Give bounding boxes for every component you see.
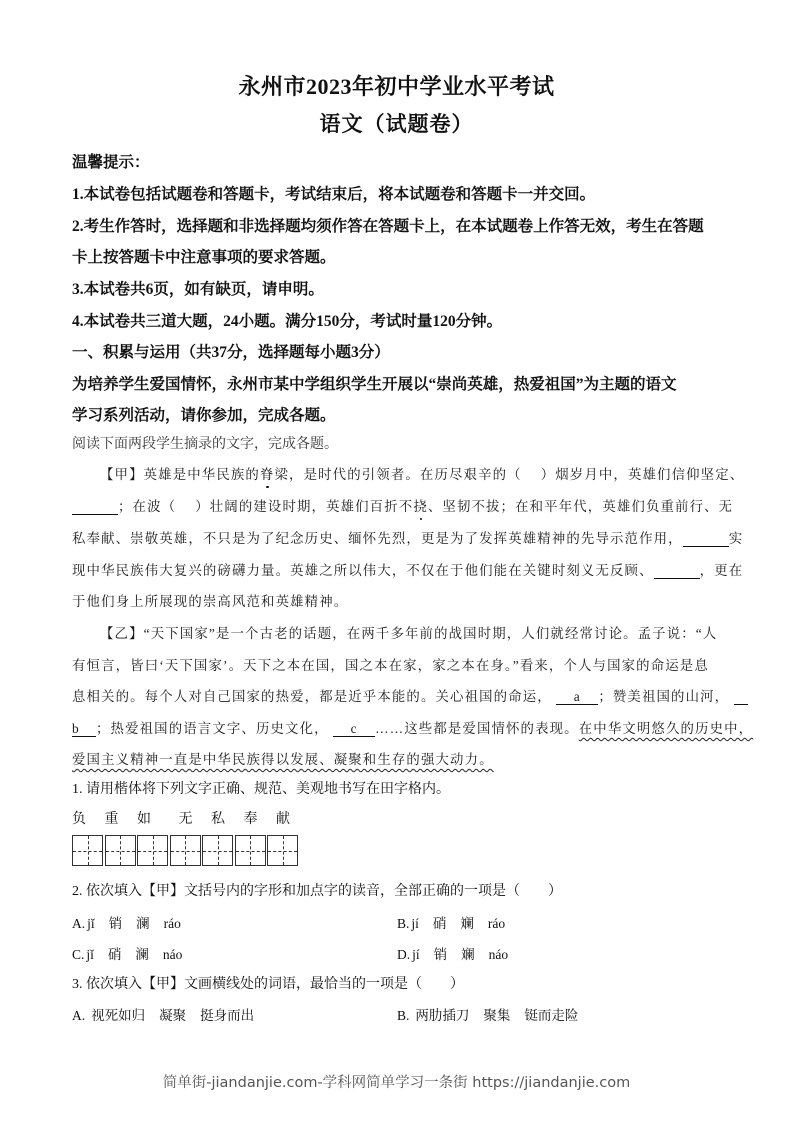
q3-stem: 3. 依次填入【甲】文画横线处的词语，最恰当的一项是（ ） xyxy=(72,973,722,993)
fill-blank xyxy=(72,500,118,515)
fill-blank xyxy=(654,564,700,579)
option-item: 硝 xyxy=(108,947,122,962)
text: 实 xyxy=(729,531,744,546)
option-item: 销 xyxy=(434,947,448,962)
option-item: 挺身而出 xyxy=(200,1008,254,1023)
option-item: 澜 xyxy=(135,947,149,962)
q1-stem: 1. 请用楷体将下列文字正确、规范、美观地书写在田字格内。 xyxy=(72,778,722,798)
option-item: 视死如归 xyxy=(91,1008,145,1023)
option-item: 斓 xyxy=(460,916,474,931)
exam-page: 永州市2023年初中学业水平考试 语文（试题卷） 温馨提示： 1.本试卷包括试题… xyxy=(0,0,793,1122)
notice-item-3: 3.本试卷共6页，如有缺页，请申明。 xyxy=(72,277,722,299)
text: 息相关的。每个人对自己国家的热爱，都是近乎本能的。关心祖国的命运， xyxy=(72,689,552,704)
option-label: A. xyxy=(72,1008,85,1023)
notice-heading: 温馨提示： xyxy=(72,150,722,172)
tianzige-grid xyxy=(72,835,300,866)
passage-jia-line-5: 于他们身上所展现的崇高风范和英雄精神。 xyxy=(72,591,722,610)
text: ……这些都是爱国情怀的表现。 xyxy=(375,721,579,736)
tianzige-cell[interactable] xyxy=(267,835,298,866)
char: 无 xyxy=(179,808,193,828)
option-item: 铤而走险 xyxy=(524,1008,578,1023)
passage-jia-line-4: 现中华民族伟大复兴的磅礴力量。英雄之所以伟大，不仅在于他们能在关键时刻义无反顾、… xyxy=(72,560,722,579)
passage-yi-line-2: 有恒言，皆曰‘天下国家’。天下之本在国，国之本在家，家之本在身。”看来，个人与国… xyxy=(72,655,722,674)
text: 现中华民族伟大复兴的磅礴力量。英雄之所以伟大，不仅在于他们能在关键时刻义无反顾、 xyxy=(72,563,654,578)
fill-blank-a: a xyxy=(556,690,598,705)
q2-option-b[interactable]: B.jí硝斓ráo xyxy=(397,912,519,932)
reading-instruction: 阅读下面两段学生摘录的文字，完成各题。 xyxy=(72,433,722,453)
passage-yi-line-1: 【乙】“天下国家”是一个古老的话题，在两千多年前的战国时期，人们就经常讨论。孟子… xyxy=(100,623,750,642)
passage-yi-line-5: 爱国主义精神一直是中华民族得以发展、凝聚和生存的强大动力。 xyxy=(72,749,722,768)
option-item: jí xyxy=(412,947,420,962)
exam-subtitle: 语文（试题卷） xyxy=(0,108,793,138)
char: 私 xyxy=(211,808,225,828)
text: ；赞美祖国的山河， xyxy=(598,689,729,704)
fill-blank-b: b xyxy=(72,722,96,737)
tianzige-cell[interactable] xyxy=(137,835,168,866)
passage-yi-line-3: 息相关的。每个人对自己国家的热爱，都是近乎本能的。关心祖国的命运， a；赞美祖国… xyxy=(72,686,722,705)
q2-stem: 2. 依次填入【甲】文括号内的字形和加点字的读音，全部正确的一项是（ ） xyxy=(72,880,722,900)
option-item: 斓 xyxy=(461,947,475,962)
option-label: B. xyxy=(397,1008,409,1023)
q3-option-b[interactable]: B.两肋插刀聚集铤而走险 xyxy=(397,1004,592,1024)
text: ；在波（ ）壮阔的建设时期，英雄们百折不 xyxy=(118,499,413,514)
option-item: 硝 xyxy=(433,916,447,931)
option-label: B. xyxy=(397,916,409,931)
option-label: A. xyxy=(72,916,85,931)
text: 私奉献、崇敬英雄，不只是为了纪念历史、缅怀先烈，更是为了发挥英雄精神的先导示范作… xyxy=(72,531,683,546)
section-heading: 一、积累与运用（共37分，选择题每小题3分） xyxy=(72,340,722,362)
notice-item-2: 2.考生作答时，选择题和非选择题均须作答在答题卡上，在本试题卷上作答无效，考生在… xyxy=(72,214,722,236)
option-item: 凝聚 xyxy=(159,1008,186,1023)
tianzige-cell[interactable] xyxy=(235,835,266,866)
q1-characters: 负 重 如 无 私 奉 献 xyxy=(72,808,722,828)
exam-title: 永州市2023年初中学业水平考试 xyxy=(0,70,793,101)
q2-option-a[interactable]: A.jǐ销澜ráo xyxy=(72,912,195,932)
fill-blank-b-start xyxy=(734,690,748,705)
text: ；热爱祖国的语言文字、历史文化， xyxy=(96,721,329,736)
tianzige-cell[interactable] xyxy=(72,835,103,866)
option-item: jǐ xyxy=(87,916,95,931)
notice-item-1: 1.本试卷包括试题卷和答题卡，考试结束后，将本试题卷和答题卡一并交回。 xyxy=(72,182,722,204)
char: 重 xyxy=(105,808,119,828)
wavy-underlined-text: 爱国主义精神一直是中华民族得以发展、凝聚和生存的强大动力。 xyxy=(72,752,494,767)
emphasis-dot-char: 挠 xyxy=(413,496,428,515)
tianzige-cell[interactable] xyxy=(202,835,233,866)
option-item: 两肋插刀 xyxy=(415,1008,469,1023)
q2-option-d[interactable]: D.jí销斓náo xyxy=(397,943,522,963)
notice-item-2-cont: 卡上按答题卡中注意事项的要求答题。 xyxy=(72,245,722,267)
watermark-footer: 简单街-jiandanjie.com-学科网简单学习一条街 https://ji… xyxy=(0,1071,793,1092)
char: 负 xyxy=(72,808,86,828)
option-item: ráo xyxy=(488,916,505,931)
option-item: ráo xyxy=(164,916,181,931)
option-item: náo xyxy=(163,947,183,962)
option-item: 销 xyxy=(109,916,123,931)
section-intro-line-2: 学习系列活动，请你参加，完成各题。 xyxy=(72,403,722,425)
tianzige-cell[interactable] xyxy=(170,835,201,866)
q3-option-a[interactable]: A.视死如归凝聚挺身而出 xyxy=(72,1004,268,1024)
passage-jia-line-3: 私奉献、崇敬英雄，不只是为了纪念历史、缅怀先烈，更是为了发挥英雄精神的先导示范作… xyxy=(72,528,722,547)
char: 献 xyxy=(276,808,290,828)
option-item: 聚集 xyxy=(483,1008,510,1023)
option-item: jǐ xyxy=(86,947,94,962)
text: 、坚韧不拔；在和平年代，英雄们负重前行、无 xyxy=(428,499,733,514)
text: 【甲】英雄是中华民族的 xyxy=(100,467,260,482)
passage-yi-line-4: b；热爱祖国的语言文字、历史文化， c……这些都是爱国情怀的表现。在中华文明悠久… xyxy=(72,718,722,737)
fill-blank xyxy=(683,532,729,547)
tianzige-cell[interactable] xyxy=(105,835,136,866)
option-item: náo xyxy=(489,947,509,962)
wavy-underlined-text: 在中华文明悠久的历史中， xyxy=(579,721,754,736)
q2-option-c[interactable]: C.jǐ硝澜náo xyxy=(72,943,196,963)
option-item: jí xyxy=(411,916,419,931)
char: 奉 xyxy=(244,808,258,828)
text: 梁，是时代的引领者。在历尽艰辛的（ ）烟岁月中，英雄们信仰坚定、 xyxy=(275,467,745,482)
char: 如 xyxy=(137,808,151,828)
option-item: 澜 xyxy=(136,916,150,931)
section-intro-line-1: 为培养学生爱国情怀，永州市某中学组织学生开展以“崇尚英雄，热爱祖国”为主题的语文 xyxy=(72,372,722,394)
notice-item-4: 4.本试卷共三道大题，24小题。满分150分，考试时量120分钟。 xyxy=(72,309,722,331)
option-label: D. xyxy=(397,947,410,962)
fill-blank-c: c xyxy=(333,722,375,737)
text: ，更在 xyxy=(700,563,744,578)
passage-jia-line-2: ；在波（ ）壮阔的建设时期，英雄们百折不挠、坚韧不拔；在和平年代，英雄们负重前行… xyxy=(72,496,722,515)
option-label: C. xyxy=(72,947,84,962)
passage-jia-line-1: 【甲】英雄是中华民族的脊梁，是时代的引领者。在历尽艰辛的（ ）烟岁月中，英雄们信… xyxy=(100,464,750,483)
emphasis-dot-char: 脊 xyxy=(260,464,275,483)
